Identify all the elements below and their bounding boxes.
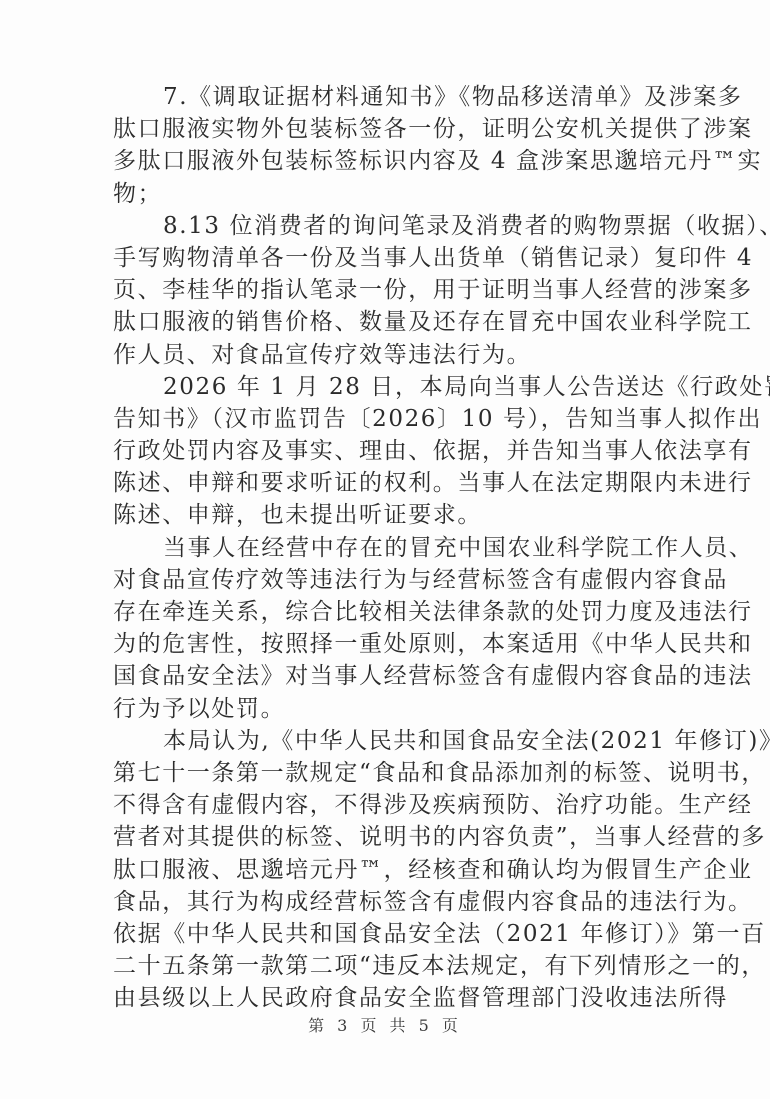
text-line: 依据《中华人民共和国食品安全法（2021 年修订）》第一百 <box>113 918 665 950</box>
text-line: 食品，其行为构成经营标签含有虚假内容食品的违法行为。 <box>113 886 665 918</box>
text-line: 作人员、对食品宣传疗效等违法行为。 <box>113 339 665 371</box>
text-line: 陈述、申辩，也未提出听证要求。 <box>113 499 665 531</box>
text-line: 手写购物清单各一份及当事人出货单（销售记录）复印件 4 <box>113 242 665 274</box>
text-line: 肽口服液实物外包装标签各一份，证明公安机关提供了涉案 <box>113 113 665 145</box>
text-line: 行政处罚内容及事实、理由、依据，并告知当事人依法享有 <box>113 435 665 467</box>
text-line: 陈述、申辩和要求听证的权利。当事人在法定期限内未进行 <box>113 467 665 499</box>
text-line: 2026 年 1 月 28 日，本局向当事人公告送达《行政处罚 <box>113 371 665 403</box>
text-line: 行为予以处罚。 <box>113 693 665 725</box>
text-line: 当事人在经营中存在的冒充中国农业科学院工作人员、 <box>113 532 665 564</box>
text-line: 肽口服液、思邈培元丹™，经核查和确认均为假冒生产企业 <box>113 854 665 886</box>
text-line: 为的危害性，按照择一重处原则，本案适用《中华人民共和 <box>113 628 665 660</box>
text-line: 不得含有虚假内容，不得涉及疾病预防、治疗功能。生产经 <box>113 789 665 821</box>
text-line: 二十五条第一款第二项“违反本法规定，有下列情形之一的， <box>113 950 665 982</box>
text-line: 8.13 位消费者的询问笔录及消费者的购物票据（收据）、 <box>113 210 665 242</box>
text-line: 页、李桂华的指认笔录一份，用于证明当事人经营的涉案多 <box>113 274 665 306</box>
text-line: 多肽口服液外包装标签标识内容及 4 盒涉案思邈培元丹™实 <box>113 145 665 177</box>
text-line: 营者对其提供的标签、说明书的内容负责”，当事人经营的多 <box>113 821 665 853</box>
text-line: 对食品宣传疗效等违法行为与经营标签含有虚假内容食品 <box>113 564 665 596</box>
text-line: 物； <box>113 178 665 210</box>
text-line: 告知书》（汉市监罚告〔2026〕10 号），告知当事人拟作出 <box>113 403 665 435</box>
paragraph-notice-delivery: 2026 年 1 月 28 日，本局向当事人公告送达《行政处罚 告知书》（汉市监… <box>113 371 665 532</box>
page-number-footer: 第 3 页 共 5 页 <box>0 1013 770 1036</box>
text-line: 国食品安全法》对当事人经营标签含有虚假内容食品的违法 <box>113 660 665 692</box>
paragraph-item-8: 8.13 位消费者的询问笔录及消费者的购物票据（收据）、 手写购物清单各一份及当… <box>113 210 665 371</box>
document-body: 7.《调取证据材料通知书》《物品移送清单》及涉案多 肽口服液实物外包装标签各一份… <box>113 81 665 1014</box>
text-line: 第七十一条第一款规定“食品和食品添加剂的标签、说明书， <box>113 757 665 789</box>
document-page: 7.《调取证据材料通知书》《物品移送清单》及涉案多 肽口服液实物外包装标签各一份… <box>0 0 770 1099</box>
text-line: 由县级以上人民政府食品安全监督管理部门没收违法所得 <box>113 982 665 1014</box>
paragraph-bureau-finding: 本局认为,《中华人民共和国食品安全法(2021 年修订)》 第七十一条第一款规定… <box>113 725 665 1015</box>
text-line: 存在牵连关系，综合比较相关法律条款的处罚力度及违法行 <box>113 596 665 628</box>
text-line: 本局认为,《中华人民共和国食品安全法(2021 年修订)》 <box>113 725 665 757</box>
paragraph-item-7: 7.《调取证据材料通知书》《物品移送清单》及涉案多 肽口服液实物外包装标签各一份… <box>113 81 665 210</box>
paragraph-legal-basis-choice: 当事人在经营中存在的冒充中国农业科学院工作人员、 对食品宣传疗效等违法行为与经营… <box>113 532 665 725</box>
text-line: 7.《调取证据材料通知书》《物品移送清单》及涉案多 <box>113 81 665 113</box>
text-line: 肽口服液的销售价格、数量及还存在冒充中国农业科学院工 <box>113 306 665 338</box>
